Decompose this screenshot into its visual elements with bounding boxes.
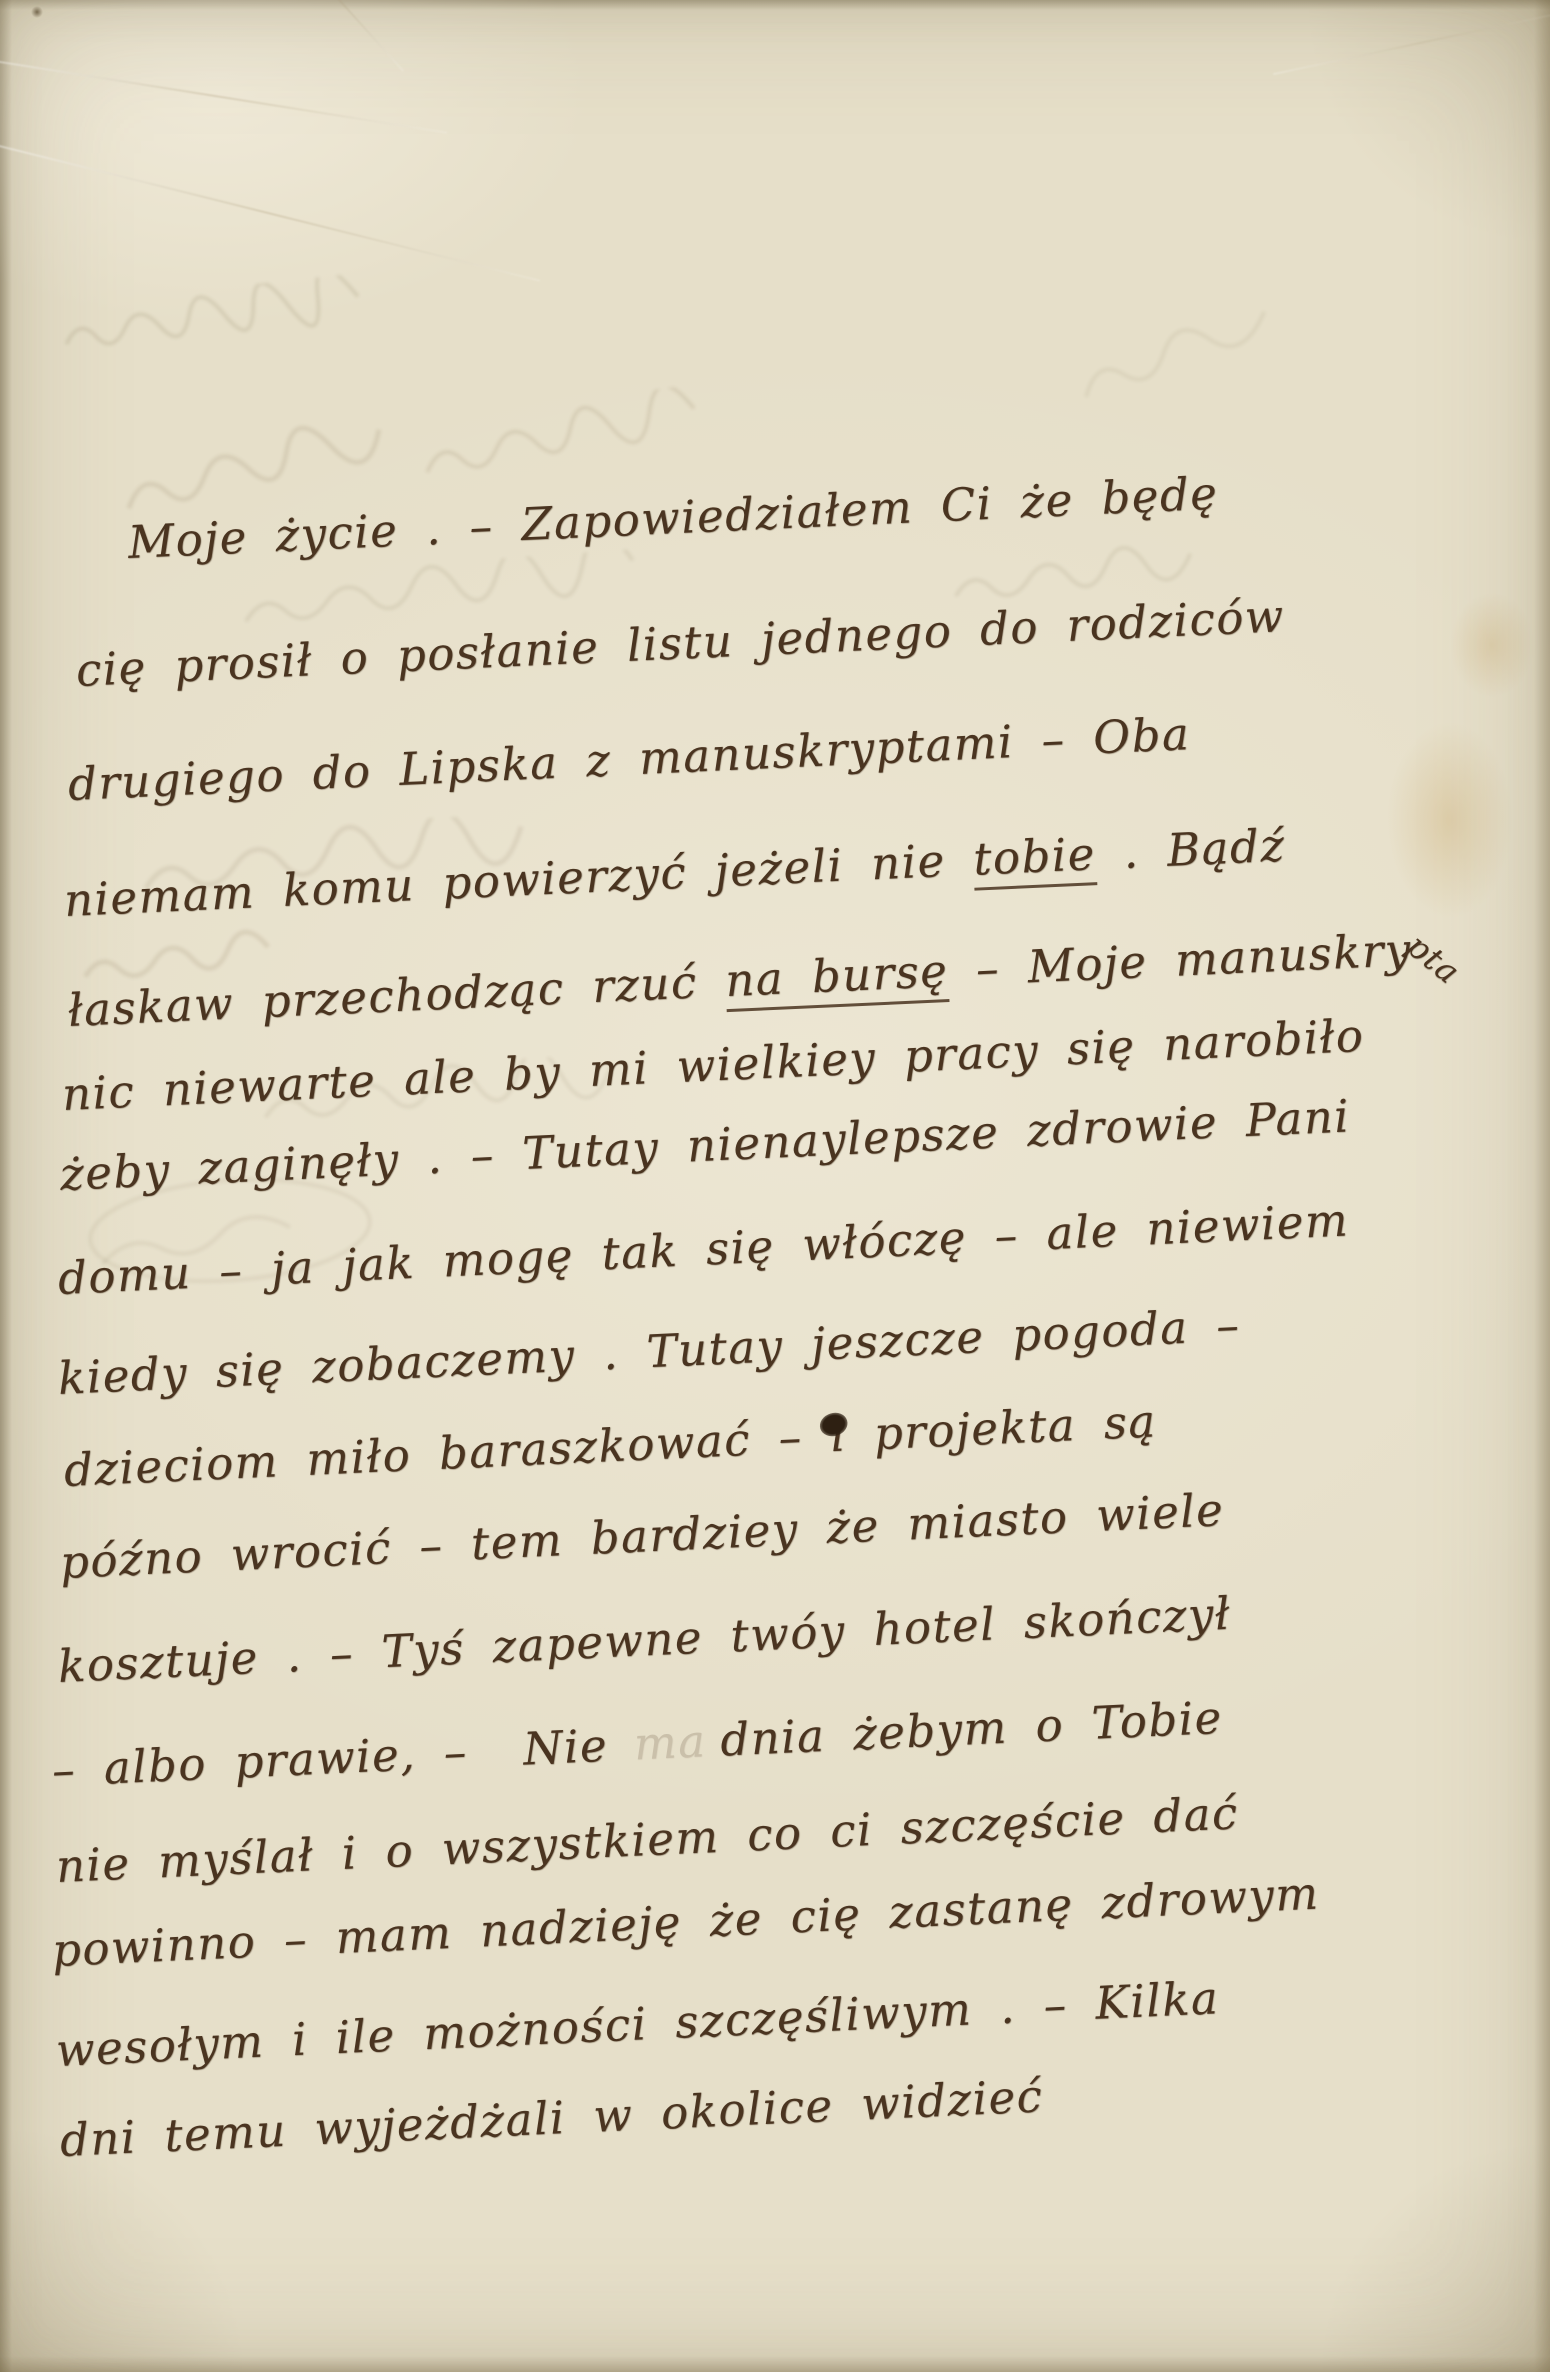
letter-line: – albo prawie, – Niemadnia żebym o Tobie — [51, 1695, 1224, 1793]
bleedthrough-mark — [57, 271, 383, 374]
letter-text: domu – ja jak mogę tak się włóczę – ale … — [57, 1193, 1350, 1305]
letter-text: łaskaw przechodząc rzuć — [67, 954, 727, 1037]
letter-line: dzieciom miło baraszkować – i projekta s… — [63, 1398, 1158, 1493]
paper-crease — [262, 0, 404, 72]
letter-line: dni temu wyjeżdżali w okolice widzieć — [59, 2073, 1044, 2163]
letter-line: wesołym i ile możności szczęśliwym . – K… — [55, 1975, 1220, 2073]
letter-text: kosztuje . – Tyś zapewne twóy hotel skoń… — [57, 1587, 1232, 1693]
letter-text: kiedy się zobaczemy . Tutay jeszcze pogo… — [57, 1298, 1242, 1405]
letter-line: nie myślał i o wszystkiem co ci szczęści… — [55, 1790, 1240, 1889]
letter-line: powinno – mam nadzieję że cię zastanę zd… — [51, 1870, 1320, 1972]
letter-text: dzieciom miło baraszkować – — [63, 1409, 832, 1497]
letter-line: domu – ja jak mogę tak się włóczę – ale … — [57, 1197, 1350, 1301]
letter-text: późno wrocić – tem bardziey że miasto wi… — [59, 1483, 1226, 1589]
letter-text: ma — [633, 1714, 708, 1770]
letter-text: – albo prawie, – Nie — [51, 1719, 609, 1797]
letter-text: Moje życie . – Zapowiedziałem Ci że będę — [127, 467, 1220, 569]
letter-line: kiedy się zobaczemy . Tutay jeszcze pogo… — [57, 1302, 1241, 1401]
letter-line: późno wrocić – tem bardziey że miasto wi… — [59, 1487, 1225, 1585]
letter-text: – Moje manuskry — [947, 923, 1413, 997]
letter-line: cię prosił o posłanie listu jednego do r… — [75, 593, 1286, 693]
bleedthrough-mark — [1058, 272, 1311, 447]
letter-text: projekta są — [845, 1394, 1158, 1461]
letter-text: niemam komu powierzyć jeżeli nie — [63, 833, 975, 927]
letter-text: . Bądź — [1094, 819, 1286, 881]
letter-text: tobie — [972, 827, 1097, 890]
letter-text: dni temu wyjeżdżali w okolice widzieć — [59, 2069, 1045, 2167]
paper-crease — [0, 144, 540, 281]
letter-text: dnia żebym o Tobie — [719, 1691, 1224, 1767]
letter-line: Moje życie . – Zapowiedziałem Ci że będę — [127, 471, 1219, 565]
letter-line: kosztuje . – Tyś zapewne twóy hotel skoń… — [57, 1591, 1232, 1689]
letter-text: drugiego do Lipska z manuskryptami – Oba — [67, 707, 1192, 811]
letter-text: cię prosił o posłanie listu jednego do r… — [75, 589, 1286, 697]
letter-line: niemam komu powierzyć jeżeli nie tobie .… — [63, 823, 1286, 923]
letter-text: nie myślał i o wszystkiem co ci szczęści… — [55, 1786, 1240, 1893]
paper-crease — [1273, 11, 1550, 75]
letter-page: Moje życie . – Zapowiedziałem Ci że będę… — [0, 0, 1550, 2372]
letter-line: drugiego do Lipska z manuskryptami – Oba — [67, 711, 1191, 807]
letter-text: na bursę — [724, 944, 950, 1012]
letter-text: wesołym i ile możności szczęśliwym . – K… — [55, 1971, 1221, 2077]
letter-text: i — [829, 1409, 847, 1463]
paper-crease — [0, 58, 447, 133]
